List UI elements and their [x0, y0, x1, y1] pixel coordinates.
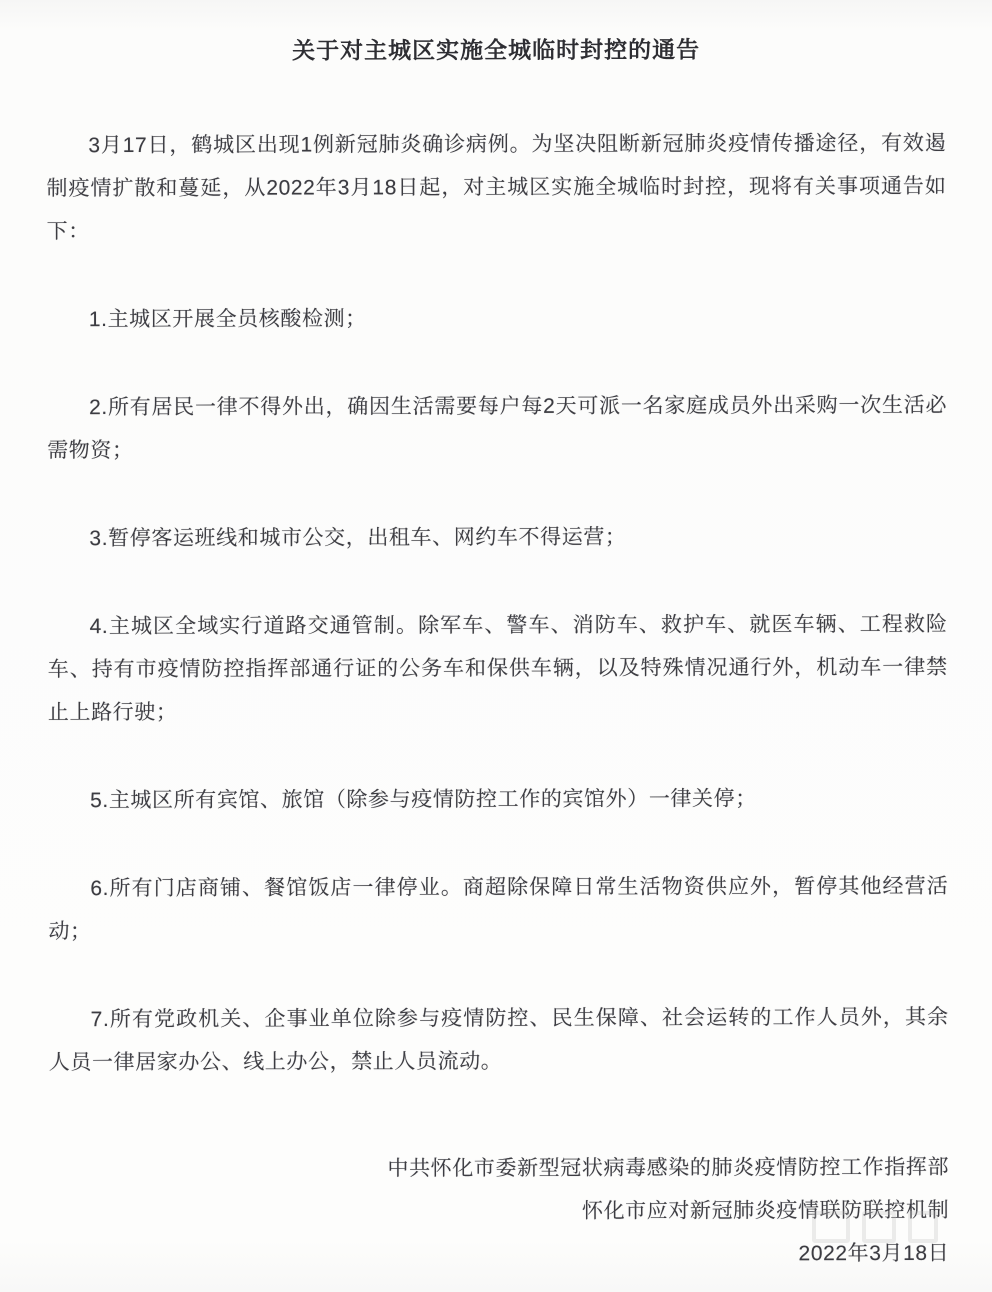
- notice-document-page: 关于对主城区实施全城临时封控的通告 3月17日，鹤城区出现1例新冠肺炎确诊病例。…: [0, 0, 992, 1292]
- notice-intro-paragraph: 3月17日，鹤城区出现1例新冠肺炎确诊病例。为坚决阻断新冠肺炎疫情传播途径，有效…: [46, 122, 946, 253]
- notice-item-3: 3.暂停客运班线和城市公交，出租车、网约车不得运营；: [47, 515, 947, 560]
- notice-item-7: 7.所有党政机关、企事业单位除参与疫情防控、民生保障、社会运转的工作人员外，其余…: [49, 996, 949, 1084]
- notice-item-4: 4.主城区全域实行道路交通管制。除军车、警车、消防车、救护车、就医车辆、工程救险…: [48, 603, 948, 734]
- signature-date: 2022年3月18日: [49, 1232, 949, 1277]
- notice-item-6: 6.所有门店商铺、餐馆饭店一律停业。商超除保障日常生活物资供应外，暂停其他经营活…: [48, 865, 948, 953]
- notice-item-5: 5.主城区所有宾馆、旅馆（除参与疫情防控工作的宾馆外）一律关停；: [48, 777, 948, 822]
- notice-title: 关于对主城区实施全城临时封控的通告: [46, 33, 946, 67]
- notice-content: 关于对主城区实施全城临时封控的通告 3月17日，鹤城区出现1例新冠肺炎确诊病例。…: [0, 0, 992, 1277]
- signature-block: 中共怀化市委新型冠状病毒感染的肺炎疫情防控工作指挥部 怀化市应对新冠肺炎疫情联防…: [49, 1146, 949, 1277]
- signature-org-line-2: 怀化市应对新冠肺炎疫情联防联控机制: [49, 1189, 949, 1234]
- signature-org-line-1: 中共怀化市委新型冠状病毒感染的肺炎疫情防控工作指挥部: [49, 1146, 949, 1191]
- notice-item-2: 2.所有居民一律不得外出，确因生活需要每户每2天可派一名家庭成员外出采购一次生活…: [47, 384, 947, 472]
- notice-item-1: 1.主城区开展全员核酸检测；: [47, 296, 947, 341]
